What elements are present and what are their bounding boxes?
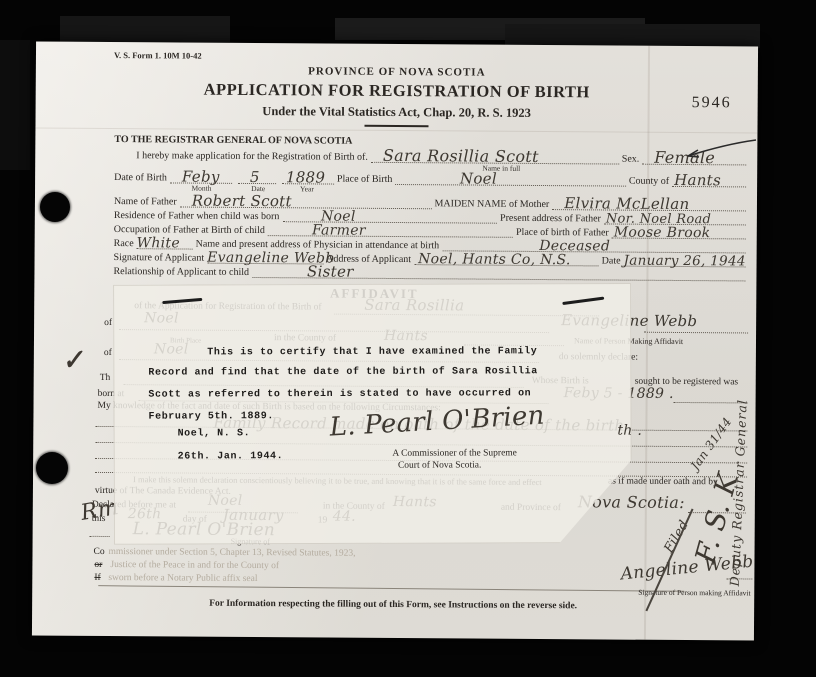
- field-present-address: Nor. Noel Road: [604, 211, 746, 225]
- intro-label: I hereby make application for the Regist…: [136, 150, 368, 163]
- field-dob-month: Feby Month: [170, 170, 232, 183]
- field-pob: Noel: [395, 172, 625, 187]
- affidavit-the-label: Th: [100, 373, 111, 383]
- field-father-birthplace: Moose Brook: [612, 226, 746, 240]
- affidavit-oath-label: as if made under oath and by: [608, 476, 718, 487]
- applicant-signature-label: Signature of Applicant: [114, 252, 205, 264]
- certificate-line-1: This is to certify that I have examined …: [207, 346, 537, 358]
- field-mother: Elvira McLellan: [552, 197, 746, 211]
- margin-checkmark: ✓: [60, 344, 86, 377]
- scanned-document-paper: V. S. Form 1. 10M 10-42 PROVINCE OF NOVA…: [32, 41, 758, 640]
- punch-hole: [36, 452, 68, 484]
- commissioner-line-start: Co: [93, 547, 104, 557]
- field-name-in-full: Sara Rosillia Scott Name in full: [371, 150, 619, 165]
- relationship-label: Relationship of Applicant to child: [113, 266, 249, 278]
- pen-arrow-mark: [676, 132, 760, 166]
- field-applicant-signature: Evangeline Webb: [207, 251, 323, 265]
- frame-number: 5946: [692, 94, 732, 112]
- field-relationship: Sister: [252, 265, 746, 281]
- sex-label: Sex.: [622, 154, 640, 165]
- county-value: Hants: [674, 171, 721, 189]
- race-label: Race: [114, 238, 134, 249]
- certificate-line-4: February 5th. 1889.: [148, 411, 273, 422]
- dotted-leader: [644, 332, 748, 334]
- pob-value: Noel: [460, 169, 497, 187]
- mother-value: Elvira McLellan: [564, 194, 689, 213]
- justice-line: Justice of the Peace in and for the Coun…: [110, 560, 279, 571]
- notary-line: sworn before a Notary Public affix seal: [108, 573, 257, 584]
- father-value: Robert Scott: [192, 192, 292, 211]
- commissioner-title-line-2: Court of Nova Scotia.: [340, 460, 540, 471]
- form-title: APPLICATION FOR REGISTRATION OF BIRTH: [36, 78, 758, 103]
- affidavit-of-label-1: of: [104, 318, 112, 328]
- circumstances-tail: th .: [617, 423, 642, 439]
- dotted-leader: [90, 536, 110, 537]
- certificate-place: Noel, N. S.: [178, 428, 251, 439]
- film-splice-artifact: [60, 16, 230, 42]
- field-occupation: Farmer: [268, 223, 513, 238]
- commissioner-line: mmissioner under Section 5, Chapter 13, …: [108, 547, 355, 559]
- affidavit-of-label-2: of: [104, 348, 112, 358]
- certificate-date: 26th. Jan. 1944.: [178, 451, 284, 462]
- race-value: White: [137, 235, 180, 251]
- addressee-line: TO THE REGISTRAR GENERAL OF NOVA SCOTIA: [114, 134, 352, 147]
- microfilm-frame: V. S. Form 1. 10M 10-42 PROVINCE OF NOVA…: [0, 0, 816, 677]
- field-county: Hants: [672, 174, 746, 188]
- commissioner-title-line-1: A Commissioner of the Supreme: [355, 448, 555, 459]
- field-dob-year: 1889 Year: [282, 171, 334, 184]
- father-label: Name of Father: [114, 196, 177, 207]
- father-birthplace-label: Place of birth of Father: [516, 227, 609, 239]
- dob-label: Date of Birth: [114, 172, 167, 183]
- if-label: If: [94, 573, 100, 583]
- commissioner-signature: L. Pearl O'Brien: [329, 401, 546, 443]
- row-birth-date-place: Date of Birth Feby Month 5 Date 1889 Yea…: [114, 170, 749, 187]
- certificate-line-3: Scott as referred to therein is stated t…: [148, 388, 531, 400]
- pob-label: Place of Birth: [337, 174, 393, 185]
- mother-label: MAIDEN NAME of Mother: [434, 198, 549, 210]
- or-label: or: [94, 560, 102, 570]
- dotted-leader: [726, 578, 752, 579]
- relationship-value: Sister: [307, 262, 354, 280]
- title-rule: [364, 125, 428, 127]
- year-sublabel: Year: [300, 184, 314, 193]
- date-label: Date: [602, 255, 621, 266]
- certificate-line-2: Record and find that the date of the bir…: [148, 366, 538, 378]
- certificate-overlay-paper: This is to certify that I have examined …: [113, 283, 632, 545]
- field-father: Robert Scott: [180, 194, 432, 209]
- occupation-value: Farmer: [312, 222, 366, 238]
- field-date: January 26, 1944: [624, 254, 746, 268]
- residence-label: Residence of Father when child was born: [114, 210, 280, 222]
- row-name-sex: I hereby make application for the Regist…: [114, 148, 749, 165]
- field-dob-day: 5 Date: [238, 171, 276, 184]
- signature-rule: [98, 585, 684, 592]
- present-address-label: Present address of Father: [500, 213, 601, 225]
- county-label: County of: [629, 176, 669, 187]
- punch-hole: [40, 192, 70, 222]
- form-reference: V. S. Form 1. 10M 10-42: [114, 50, 202, 61]
- film-edge-artifact: [0, 40, 30, 170]
- field-applicant-address: Noel, Hants Co, N.S.: [414, 252, 599, 266]
- field-race: White: [137, 236, 193, 249]
